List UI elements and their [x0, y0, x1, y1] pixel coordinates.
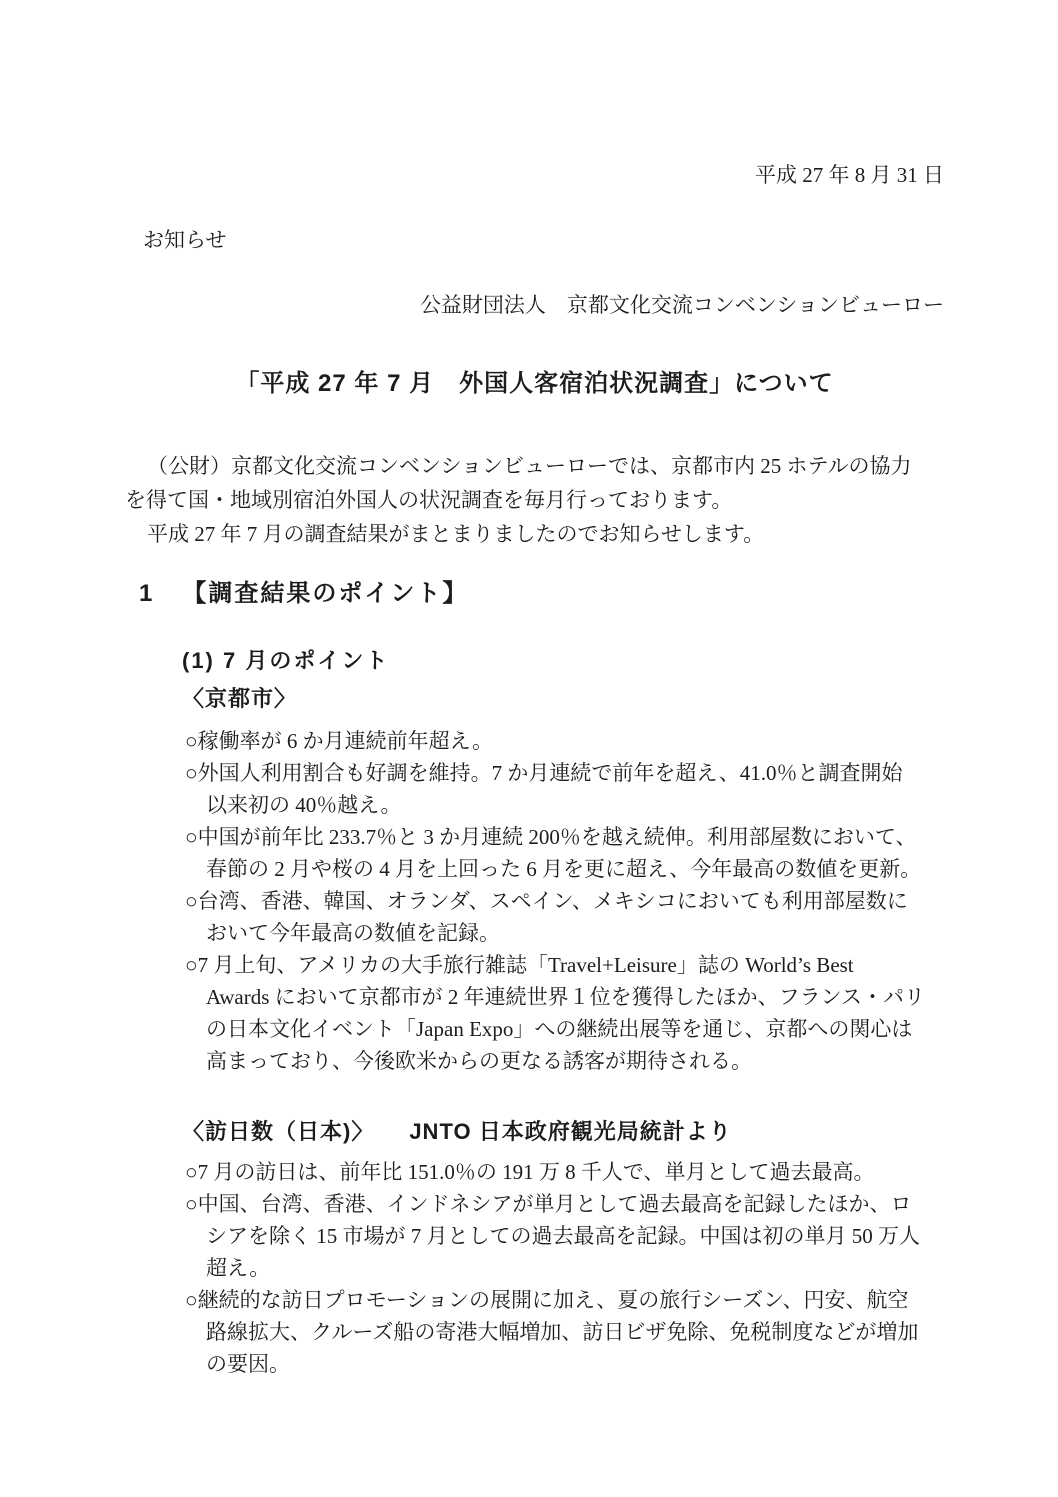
kyoto-heading: 〈京都市〉	[125, 681, 944, 717]
bullet-item: ○稼働率が 6 か月連続前年超え。	[185, 725, 944, 757]
visitors-bullet-list: ○7 月の訪日は、前年比 151.0％の 191 万 8 千人で、単月として過去…	[125, 1156, 944, 1380]
bullet-line: ○7 月上旬、アメリカの大手旅行雑誌「Travel+Leisure」誌の Wor…	[185, 949, 944, 981]
bullet-line: ○中国、台湾、香港、インドネシアが単月として過去最高を記録したほか、ロ	[185, 1188, 944, 1220]
bullet-line: ○稼働率が 6 か月連続前年超え。	[185, 725, 944, 757]
intro-line: （公財）京都文化交流コンベンションビューローでは、京都市内 25 ホテルの協力	[125, 449, 944, 483]
bullet-line: ○台湾、香港、韓国、オランダ、スペイン、メキシコにおいても利用部屋数に	[185, 885, 944, 917]
bullet-line: ○中国が前年比 233.7％と 3 か月連続 200％を越え続伸。利用部屋数にお…	[185, 821, 944, 853]
section-heading: 【調査結果のポイント】	[182, 575, 468, 613]
bullet-line: 高まっており、今後欧米からの更なる誘客が期待される。	[185, 1045, 944, 1077]
bullet-line: ○外国人利用割合も好調を維持。7 か月連続で前年を超え、41.0％と調査開始	[185, 757, 944, 789]
bullet-line: 以来初の 40％越え。	[185, 789, 944, 821]
bullet-line: 春節の 2 月や桜の 4 月を上回った 6 月を更に超え、今年最高の数値を更新。	[185, 853, 944, 885]
organization-line: 公益財団法人 京都文化交流コンベンションビューロー	[125, 288, 944, 322]
subsection-heading: (1) 7 月のポイント	[125, 643, 944, 679]
section-number: 1	[139, 575, 154, 613]
document-page: 平成 27 年 8 月 31 日 お知らせ 公益財団法人 京都文化交流コンベンシ…	[0, 0, 1058, 1497]
bullet-line: ○7 月の訪日は、前年比 151.0％の 191 万 8 千人で、単月として過去…	[185, 1156, 944, 1188]
bullet-line: 路線拡大、クルーズ船の寄港大幅増加、訪日ビザ免除、免税制度などが増加	[185, 1316, 944, 1348]
bullet-item: ○台湾、香港、韓国、オランダ、スペイン、メキシコにおいても利用部屋数に おいて今…	[185, 885, 944, 949]
bullet-item: ○中国が前年比 233.7％と 3 か月連続 200％を越え続伸。利用部屋数にお…	[185, 821, 944, 885]
bullet-line: 超え。	[185, 1252, 944, 1284]
intro-line: 平成 27 年 7 月の調査結果がまとまりましたのでお知らせします。	[125, 517, 944, 551]
intro-paragraph: （公財）京都文化交流コンベンションビューローでは、京都市内 25 ホテルの協力 …	[125, 449, 944, 551]
section-heading-row: 1 【調査結果のポイント】	[125, 575, 944, 613]
bullet-item: ○外国人利用割合も好調を維持。7 か月連続で前年を超え、41.0％と調査開始 以…	[185, 757, 944, 821]
bullet-line: Awards において京都市が 2 年連続世界１位を獲得したほか、フランス・パリ	[185, 981, 944, 1013]
bullet-item: ○7 月上旬、アメリカの大手旅行雑誌「Travel+Leisure」誌の Wor…	[185, 949, 944, 1077]
bullet-line: シアを除く 15 市場が 7 月としての過去最高を記録。中国は初の単月 50 万…	[185, 1220, 944, 1252]
date-line: 平成 27 年 8 月 31 日	[125, 158, 944, 192]
visitors-heading: 〈訪日数（日本)〉 JNTO 日本政府観光局統計より	[125, 1114, 944, 1150]
kyoto-bullet-list: ○稼働率が 6 か月連続前年超え。 ○外国人利用割合も好調を維持。7 か月連続で…	[125, 725, 944, 1077]
intro-line: を得て国・地域別宿泊外国人の状況調査を毎月行っております。	[125, 483, 944, 517]
bullet-line: の日本文化イベント「Japan Expo」への継続出展等を通じ、京都への関心は	[185, 1013, 944, 1045]
bullet-item: ○継続的な訪日プロモーションの展開に加え、夏の旅行シーズン、円安、航空 路線拡大…	[185, 1284, 944, 1380]
document-title: 「平成 27 年 7 月 外国人客宿泊状況調査」について	[125, 364, 944, 404]
bullet-line: の要因。	[185, 1348, 944, 1380]
bullet-item: ○7 月の訪日は、前年比 151.0％の 191 万 8 千人で、単月として過去…	[185, 1156, 944, 1188]
notice-label: お知らせ	[125, 223, 944, 257]
bullet-line: ○継続的な訪日プロモーションの展開に加え、夏の旅行シーズン、円安、航空	[185, 1284, 944, 1316]
bullet-item: ○中国、台湾、香港、インドネシアが単月として過去最高を記録したほか、ロ シアを除…	[185, 1188, 944, 1284]
bullet-line: おいて今年最高の数値を記録。	[185, 917, 944, 949]
